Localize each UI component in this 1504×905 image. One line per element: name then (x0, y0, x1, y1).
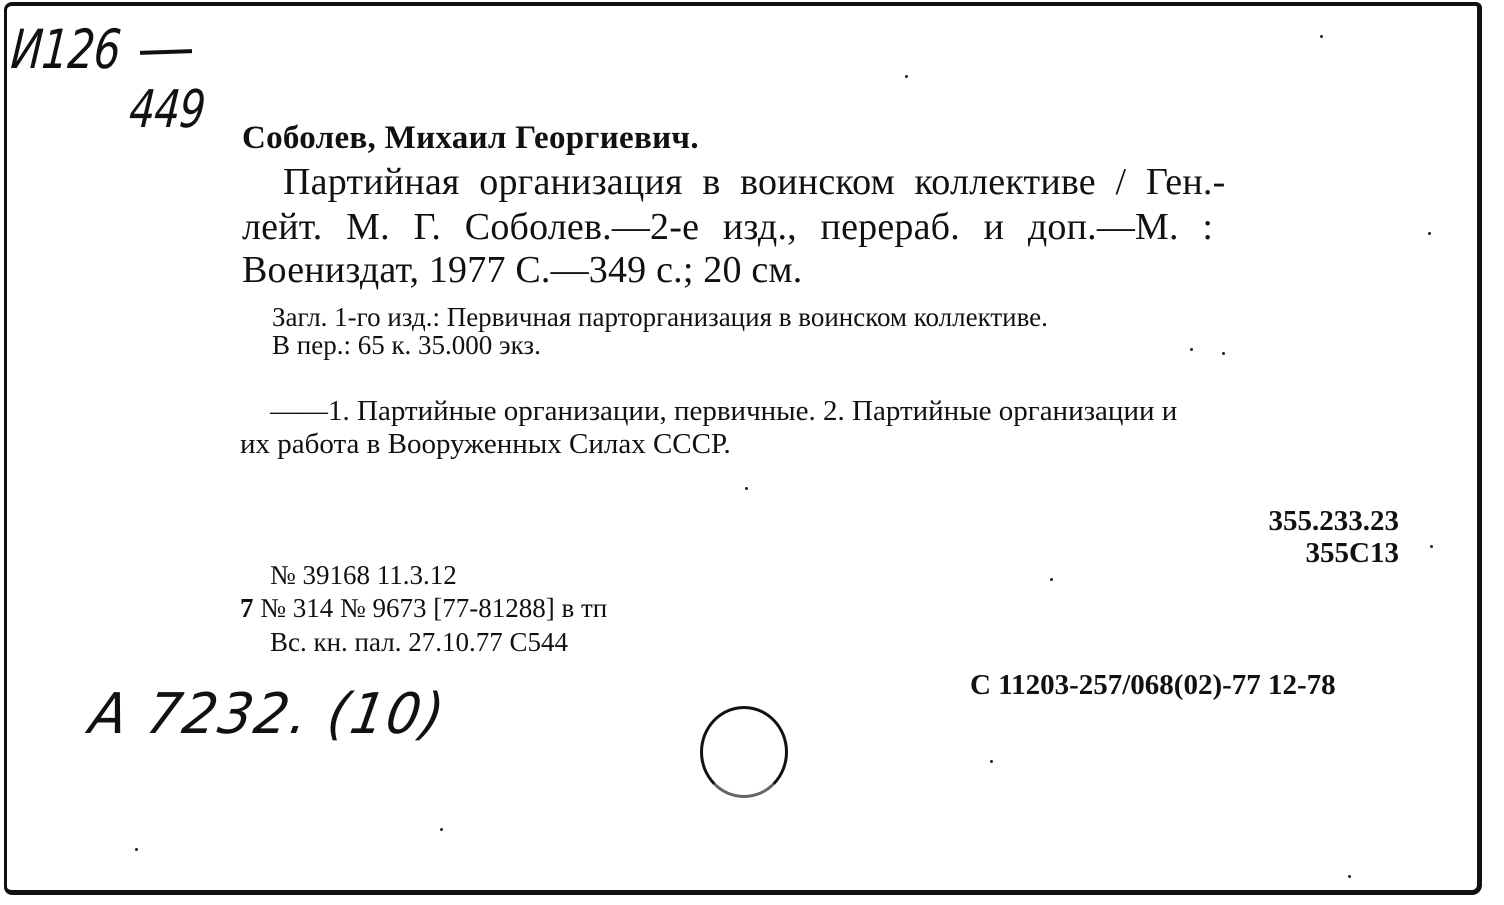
speck (1190, 348, 1193, 351)
note-original-title: Загл. 1-го изд.: Первичная парторганизац… (272, 302, 1048, 333)
title-line-1: Партийная организация в воинском коллект… (283, 160, 1225, 204)
title-line-2: лейт. М. Г. Соболев.—2-е изд., перераб. … (242, 205, 1213, 249)
print-info-lead-number: 7 (240, 593, 254, 623)
speck (1428, 232, 1431, 235)
speck (1430, 545, 1433, 548)
call-number-top: И126 (9, 18, 123, 81)
punch-hole-icon (700, 706, 788, 798)
speck (440, 828, 443, 831)
print-info-line-2: 7 № 314 № 9673 [77-81288] в тп (240, 593, 607, 624)
udc-code: 355.233.23 (1269, 505, 1400, 538)
subject-headings-line-1: ——1. Партийные организации, первичные. 2… (270, 395, 1177, 428)
speck (1320, 35, 1323, 38)
speck (905, 75, 908, 78)
inventory-number-handwritten: A 7232. (10) (85, 682, 450, 747)
subject-headings-line-2: их работа в Вооруженных Силах СССР. (240, 428, 731, 461)
print-info-line-1: № 39168 11.3.12 (270, 560, 457, 591)
note-price-print-run: В пер.: 65 к. 35.000 экз. (272, 330, 541, 361)
print-info-line-3: Вс. кн. пал. 27.10.77 С544 (270, 627, 568, 658)
speck (1348, 875, 1351, 878)
title-line-3: Воениздат, 1977 С.—349 с.; 20 см. (242, 248, 802, 292)
speck (135, 848, 138, 851)
print-info-line-2-text: № 314 № 9673 [77-81288] в тп (260, 593, 607, 623)
speck (990, 760, 993, 763)
call-number-bottom: 449 (127, 80, 207, 140)
author-heading: Соболев, Михаил Георгиевич. (242, 120, 699, 157)
speck (1222, 352, 1225, 355)
speck (745, 487, 748, 490)
stock-code: С 11203-257/068(02)-77 12-78 (970, 669, 1336, 702)
bbk-code: 355С13 (1306, 537, 1399, 570)
speck (1050, 578, 1053, 581)
